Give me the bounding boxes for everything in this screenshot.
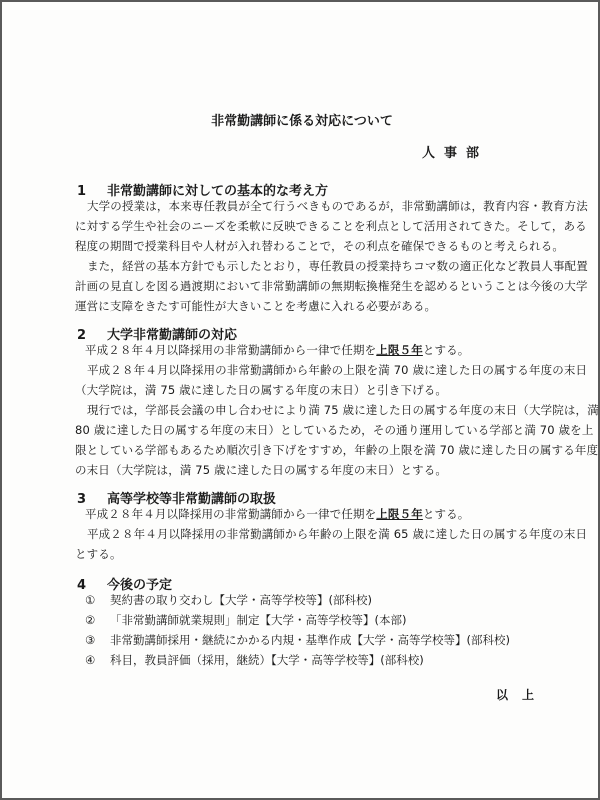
section-2-heading: 2大学非常勤講師の対応 — [77, 324, 237, 343]
item-text: 非常勤講師採用・継続にかかる内規・基準作成【大学・高等学校等】(部科校) — [110, 633, 510, 647]
paragraph-line: 平成２８年４月以降採用の非常勤講師から年齢の上限を満 70 歳に達した日の属する… — [75, 362, 587, 378]
paragraph-line: 80 歳に達した日の属する年度の末日）としているため，その通り運用している学部と… — [75, 422, 593, 438]
paragraph-line: 平成２８年４月以降採用の非常勤講師から一律で任期を上限５年とする。 — [85, 342, 469, 358]
section-title: 高等学校等非常勤講師の取扱 — [107, 492, 276, 507]
section-title: 非常勤講師に対しての基本的な考え方 — [107, 184, 328, 199]
line-text: とする。 — [423, 507, 470, 521]
paragraph-line: 運営に支障をきたす可能性が大きいことを考慮に入れる必要がある。 — [75, 298, 436, 314]
term-limit-emphasis: 上限５年 — [376, 343, 423, 357]
paragraph-line: 程度の期間で授業科目や人材が入れ替わることで，その利点を確保できるものと考えられ… — [75, 238, 564, 254]
term-limit-emphasis: 上限５年 — [376, 507, 423, 521]
section-number: 3 — [77, 492, 107, 507]
paragraph-line: また，経営の基本方針でも示したとおり，専任教員の授業持ちコマ数の適正化など教員人… — [75, 258, 588, 274]
document-page: 非常勤講師に係る対応について 人事部 1非常勤講師に対しての基本的な考え方 大学… — [0, 0, 600, 800]
closing-mark: 以上 — [496, 686, 548, 703]
schedule-item: ③非常勤講師採用・継続にかかる内規・基準作成【大学・高等学校等】(部科校) — [85, 632, 510, 648]
paragraph-line: （大学院は，満 75 歳に達した日の属する年度の末日）と引き下げる。 — [75, 382, 447, 398]
line-text: とする。 — [423, 343, 470, 357]
item-text: 科目，教員評価（採用，継続）【大学・高等学校等】(部科校) — [110, 653, 424, 667]
section-title: 今後の予定 — [107, 578, 172, 593]
item-number: ③ — [85, 633, 110, 647]
item-number: ② — [85, 613, 110, 627]
schedule-item: ①契約書の取り交わし【大学・高等学校等】(部科校) — [85, 592, 372, 608]
item-number: ④ — [85, 653, 110, 667]
item-text: 「非常勤講師就業規則」制定【大学・高等学校等】(本部) — [110, 613, 406, 627]
schedule-item: ②「非常勤講師就業規則」制定【大学・高等学校等】(本部) — [85, 612, 406, 628]
document-title: 非常勤講師に係る対応について — [2, 110, 600, 129]
item-number: ① — [85, 593, 110, 607]
line-text: 平成２８年４月以降採用の非常勤講師から一律で任期を — [85, 343, 376, 357]
paragraph-line: 大学の授業は，本来専任教員が全て行うべきものであるが，非常勤講師は，教育内容・教… — [75, 198, 588, 214]
paragraph-line: とする。 — [75, 546, 122, 562]
section-number: 4 — [77, 578, 107, 593]
paragraph-line: 平成２８年４月以降採用の非常勤講師から一律で任期を上限５年とする。 — [85, 506, 469, 522]
section-number: 1 — [77, 184, 107, 199]
paragraph-line: の末日（大学院は，満 75 歳に達した日の属する年度の末日）とする。 — [75, 462, 447, 478]
paragraph-line: 計画の見直しを図る過渡期において非常勤講師の無期転換権発生を認めるということは今… — [75, 278, 588, 294]
paragraph-line: 平成２８年４月以降採用の非常勤講師から年齢の上限を満 65 歳に達した日の属する… — [75, 526, 587, 542]
section-number: 2 — [77, 328, 107, 343]
section-title: 大学非常勤講師の対応 — [107, 328, 237, 343]
department-name: 人事部 — [422, 142, 488, 161]
item-text: 契約書の取り交わし【大学・高等学校等】(部科校) — [110, 593, 372, 607]
section-1-heading: 1非常勤講師に対しての基本的な考え方 — [77, 180, 328, 199]
paragraph-line: 限としている学部もあるため順次引き下げをすすめ，年齢の上限を満 70 歳に達した… — [75, 442, 598, 458]
paragraph-line: 現行では，学部長会議の申し合わせにより満 75 歳に達した日の属する年度の末日（… — [75, 402, 599, 418]
paragraph-line: に対する学生や社会のニーズを柔軟に反映できることを利点として活用されてきた。そし… — [75, 218, 587, 234]
schedule-item: ④科目，教員評価（採用，継続）【大学・高等学校等】(部科校) — [85, 652, 424, 668]
section-4-heading: 4今後の予定 — [77, 574, 172, 593]
section-3-heading: 3高等学校等非常勤講師の取扱 — [77, 488, 276, 507]
line-text: 平成２８年４月以降採用の非常勤講師から一律で任期を — [85, 507, 376, 521]
